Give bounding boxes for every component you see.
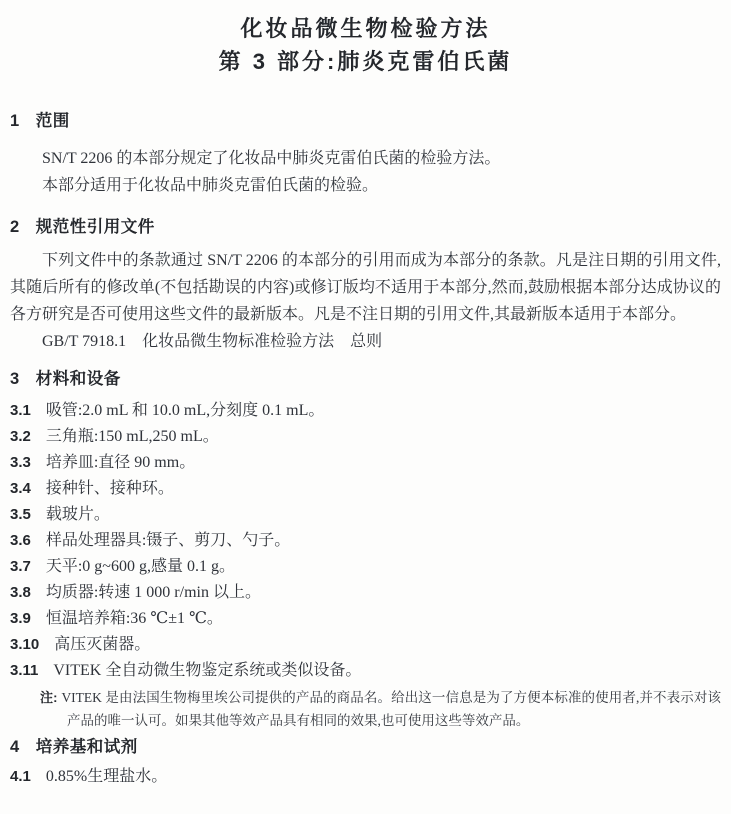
note-label: 注:: [40, 690, 57, 705]
section-3-title: 材料和设备: [36, 370, 121, 388]
clause-number: 3.10: [10, 636, 39, 653]
doc-title-line2: 第 3 部分:肺炎克雷伯氏菌: [10, 45, 721, 78]
section-4-heading: 4培养基和试剂: [10, 736, 721, 758]
clause-number: 3.11: [10, 662, 38, 679]
clause-item: 3.9恒温培养箱:36 ℃±1 ℃。: [10, 606, 721, 632]
section-4-title: 培养基和试剂: [36, 738, 138, 756]
clause-item: 3.7天平:0 g~600 g,感量 0.1 g。: [10, 554, 721, 580]
clause-item: 4.10.85%生理盐水。: [10, 764, 721, 790]
clause-item: 3.3培养皿:直径 90 mm。: [10, 450, 721, 476]
clause-item: 3.2三角瓶:150 mL,250 mL。: [10, 424, 721, 450]
clause-item: 3.8均质器:转速 1 000 r/min 以上。: [10, 580, 721, 606]
section-1-paragraph-1: SN/T 2206 的本部分规定了化妆品中肺炎克雷伯氏菌的检验方法。: [10, 145, 721, 172]
doc-title-line1: 化妆品微生物检验方法: [10, 12, 721, 45]
clause-number: 3.4: [10, 480, 31, 497]
clause-item: 3.4接种针、接种环。: [10, 476, 721, 502]
clause-text: 高压灭菌器。: [54, 636, 150, 653]
section-4-clauses: 4.10.85%生理盐水。: [10, 764, 721, 790]
clause-item: 3.5载玻片。: [10, 502, 721, 528]
clause-number: 3.2: [10, 428, 31, 445]
clause-item: 3.1吸管:2.0 mL 和 10.0 mL,分刻度 0.1 mL。: [10, 398, 721, 424]
section-1-heading: 1范围: [10, 110, 721, 132]
clause-number: 3.8: [10, 584, 31, 601]
section-2-heading: 2规范性引用文件: [10, 216, 721, 238]
clause-number: 4.1: [10, 768, 31, 785]
section-3-number: 3: [10, 368, 20, 390]
clause-text: 均质器:转速 1 000 r/min 以上。: [46, 584, 261, 601]
section-4-number: 4: [10, 736, 20, 758]
clause-number: 3.1: [10, 402, 31, 419]
section-2-title: 规范性引用文件: [36, 218, 155, 236]
section-1-body: SN/T 2206 的本部分规定了化妆品中肺炎克雷伯氏菌的检验方法。 本部分适用…: [10, 145, 721, 199]
section-3-heading: 3材料和设备: [10, 368, 721, 390]
section-1-number: 1: [10, 110, 20, 132]
clause-number: 3.9: [10, 610, 31, 627]
clause-number: 3.6: [10, 532, 31, 549]
clause-text: 培养皿:直径 90 mm。: [46, 454, 195, 471]
clause-text: 天平:0 g~600 g,感量 0.1 g。: [46, 558, 235, 575]
clause-number: 3.5: [10, 506, 31, 523]
clause-item: 3.11VITEK 全自动微生物鉴定系统或类似设备。: [10, 658, 721, 684]
normative-reference-entry: GB/T 7918.1 化妆品微生物标准检验方法 总则: [10, 328, 721, 355]
clause-text: 接种针、接种环。: [46, 480, 174, 497]
clause-text: 三角瓶:150 mL,250 mL。: [46, 428, 219, 445]
note-text: VITEK 是由法国生物梅里埃公司提供的产品的商品名。给出这一信息是为了方便本标…: [61, 690, 721, 728]
document-page: 化妆品微生物检验方法 第 3 部分:肺炎克雷伯氏菌 1范围 SN/T 2206 …: [0, 0, 731, 790]
section-1-title: 范围: [36, 112, 70, 130]
clause-item: 3.10高压灭菌器。: [10, 632, 721, 658]
clause-text: 吸管:2.0 mL 和 10.0 mL,分刻度 0.1 mL。: [46, 402, 325, 419]
clause-text: 0.85%生理盐水。: [46, 768, 167, 785]
clause-number: 3.3: [10, 454, 31, 471]
clause-text: 载玻片。: [46, 506, 110, 523]
section-2-paragraph: 下列文件中的条款通过 SN/T 2206 的本部分的引用而成为本部分的条款。凡是…: [10, 247, 721, 328]
clause-text: VITEK 全自动微生物鉴定系统或类似设备。: [53, 662, 361, 679]
section-2-number: 2: [10, 216, 20, 238]
clause-text: 恒温培养箱:36 ℃±1 ℃。: [46, 610, 223, 627]
clause-text: 样品处理器具:镊子、剪刀、勺子。: [46, 532, 290, 549]
note: 注:VITEK 是由法国生物梅里埃公司提供的产品的商品名。给出这一信息是为了方便…: [40, 686, 721, 732]
clause-item: 3.6样品处理器具:镊子、剪刀、勺子。: [10, 528, 721, 554]
section-3-clauses: 3.1吸管:2.0 mL 和 10.0 mL,分刻度 0.1 mL。 3.2三角…: [10, 398, 721, 684]
section-1-paragraph-2: 本部分适用于化妆品中肺炎克雷伯氏菌的检验。: [10, 172, 721, 199]
clause-number: 3.7: [10, 558, 31, 575]
